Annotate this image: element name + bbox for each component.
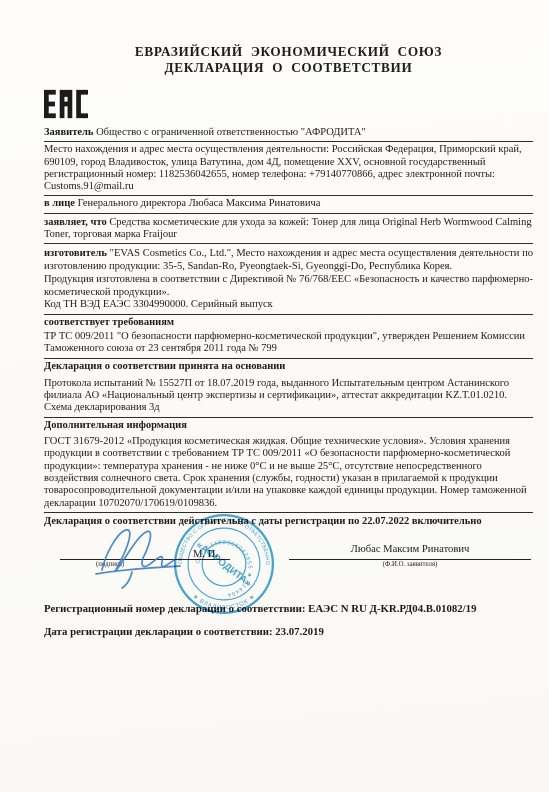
- meets-requirements-heading: соответствует требованиям: [44, 317, 533, 329]
- applicant-label: Заявитель: [44, 127, 93, 138]
- applicant-value: Общество с ограниченной ответственностью…: [96, 127, 366, 138]
- eac-logo: ЕАС: [44, 85, 533, 123]
- declaration-scheme: Схема декларирования 3д: [44, 402, 533, 417]
- stamp-city-text: ★ ВЛАДИВОСТОК ★: [191, 593, 257, 611]
- additional-info-text: ГОСТ 31679-2012 «Продукция косметическая…: [44, 436, 533, 513]
- manufacturer-value: "EVAS Cosmetics Co., Ltd.", Место нахожд…: [44, 248, 533, 272]
- document-title-line2: ДЕКЛАРАЦИЯ О СООТВЕТСТВИИ: [44, 60, 533, 76]
- eac-mark-icon: [44, 85, 88, 123]
- represented-by-value: Генерального директора Любаса Максима Ри…: [78, 198, 321, 209]
- stamp-center-text: «АФРОДИТА»: [194, 540, 254, 590]
- registration-number-row: Регистрационный номер декларации о соотв…: [44, 603, 533, 616]
- declares-label: заявляет, что: [44, 217, 107, 228]
- svg-text:★ ВЛАДИВОСТОК ★: ★ ВЛАДИВОСТОК ★: [191, 593, 257, 611]
- document-title-line1: ЕВРАЗИЙСКИЙ ЭКОНОМИЧЕСКИЙ СОЮЗ: [44, 44, 533, 60]
- name-caption: (Ф.И.О. заявителя): [289, 560, 531, 569]
- represented-by-label: в лице: [44, 198, 75, 209]
- registration-date-row: Дата регистрации декларации о соответств…: [44, 626, 533, 639]
- tn-ved-code: Код ТН ВЭД ЕАЭС 3304990000. Серийный вып…: [44, 299, 533, 314]
- declares-row: заявляет, что Средства косметические для…: [44, 217, 533, 245]
- basis-protocol-text: Протокола испытаний № 15527П от 18.07.20…: [44, 378, 533, 403]
- applicant-address: Место нахождения и адрес места осуществл…: [44, 144, 533, 196]
- applicant-full-name: Любас Максим Ринатович: [289, 543, 531, 556]
- applicant-row: Заявитель Общество с ограниченной ответс…: [44, 127, 533, 142]
- registration-date-label: Дата регистрации декларации о соответств…: [44, 626, 273, 638]
- meets-requirements-text: ТР ТС 009/2011 "О безопасности парфюмерн…: [44, 331, 533, 359]
- represented-by-row: в лице Генерального директора Любаса Мак…: [44, 198, 533, 213]
- manufacture-directive: Продукция изготовлена в соответствии с Д…: [44, 273, 533, 299]
- company-stamp: ОБЩЕСТВО С ОГРАНИЧЕННОЙ ОТВЕТСТВЕННОСТЬЮ…: [172, 512, 276, 616]
- basis-heading: Декларация о соответствии принята на осн…: [44, 361, 533, 373]
- applicant-name-field: Любас Максим Ринатович (Ф.И.О. заявителя…: [289, 543, 531, 569]
- registration-number-value: ЕАЭС N RU Д-KR.РД04.В.01082/19: [308, 603, 476, 615]
- declaration-document: ЕВРАЗИЙСКИЙ ЭКОНОМИЧЕСКИЙ СОЮЗ ДЕКЛАРАЦИ…: [0, 0, 549, 792]
- manufacturer-row: изготовитель "EVAS Cosmetics Co., Ltd.",…: [44, 247, 533, 273]
- registration-date-value: 23.07.2019: [275, 626, 324, 638]
- signature-area: М. П. ОБЩЕСТВО С ОГРАНИЧЕННОЙ ОТВЕТСТВЕН…: [44, 530, 533, 596]
- additional-info-heading: Дополнительная информация: [44, 420, 533, 432]
- manufacturer-label: изготовитель: [44, 248, 107, 259]
- product-description: Средства косметические для ухода за коже…: [44, 217, 532, 240]
